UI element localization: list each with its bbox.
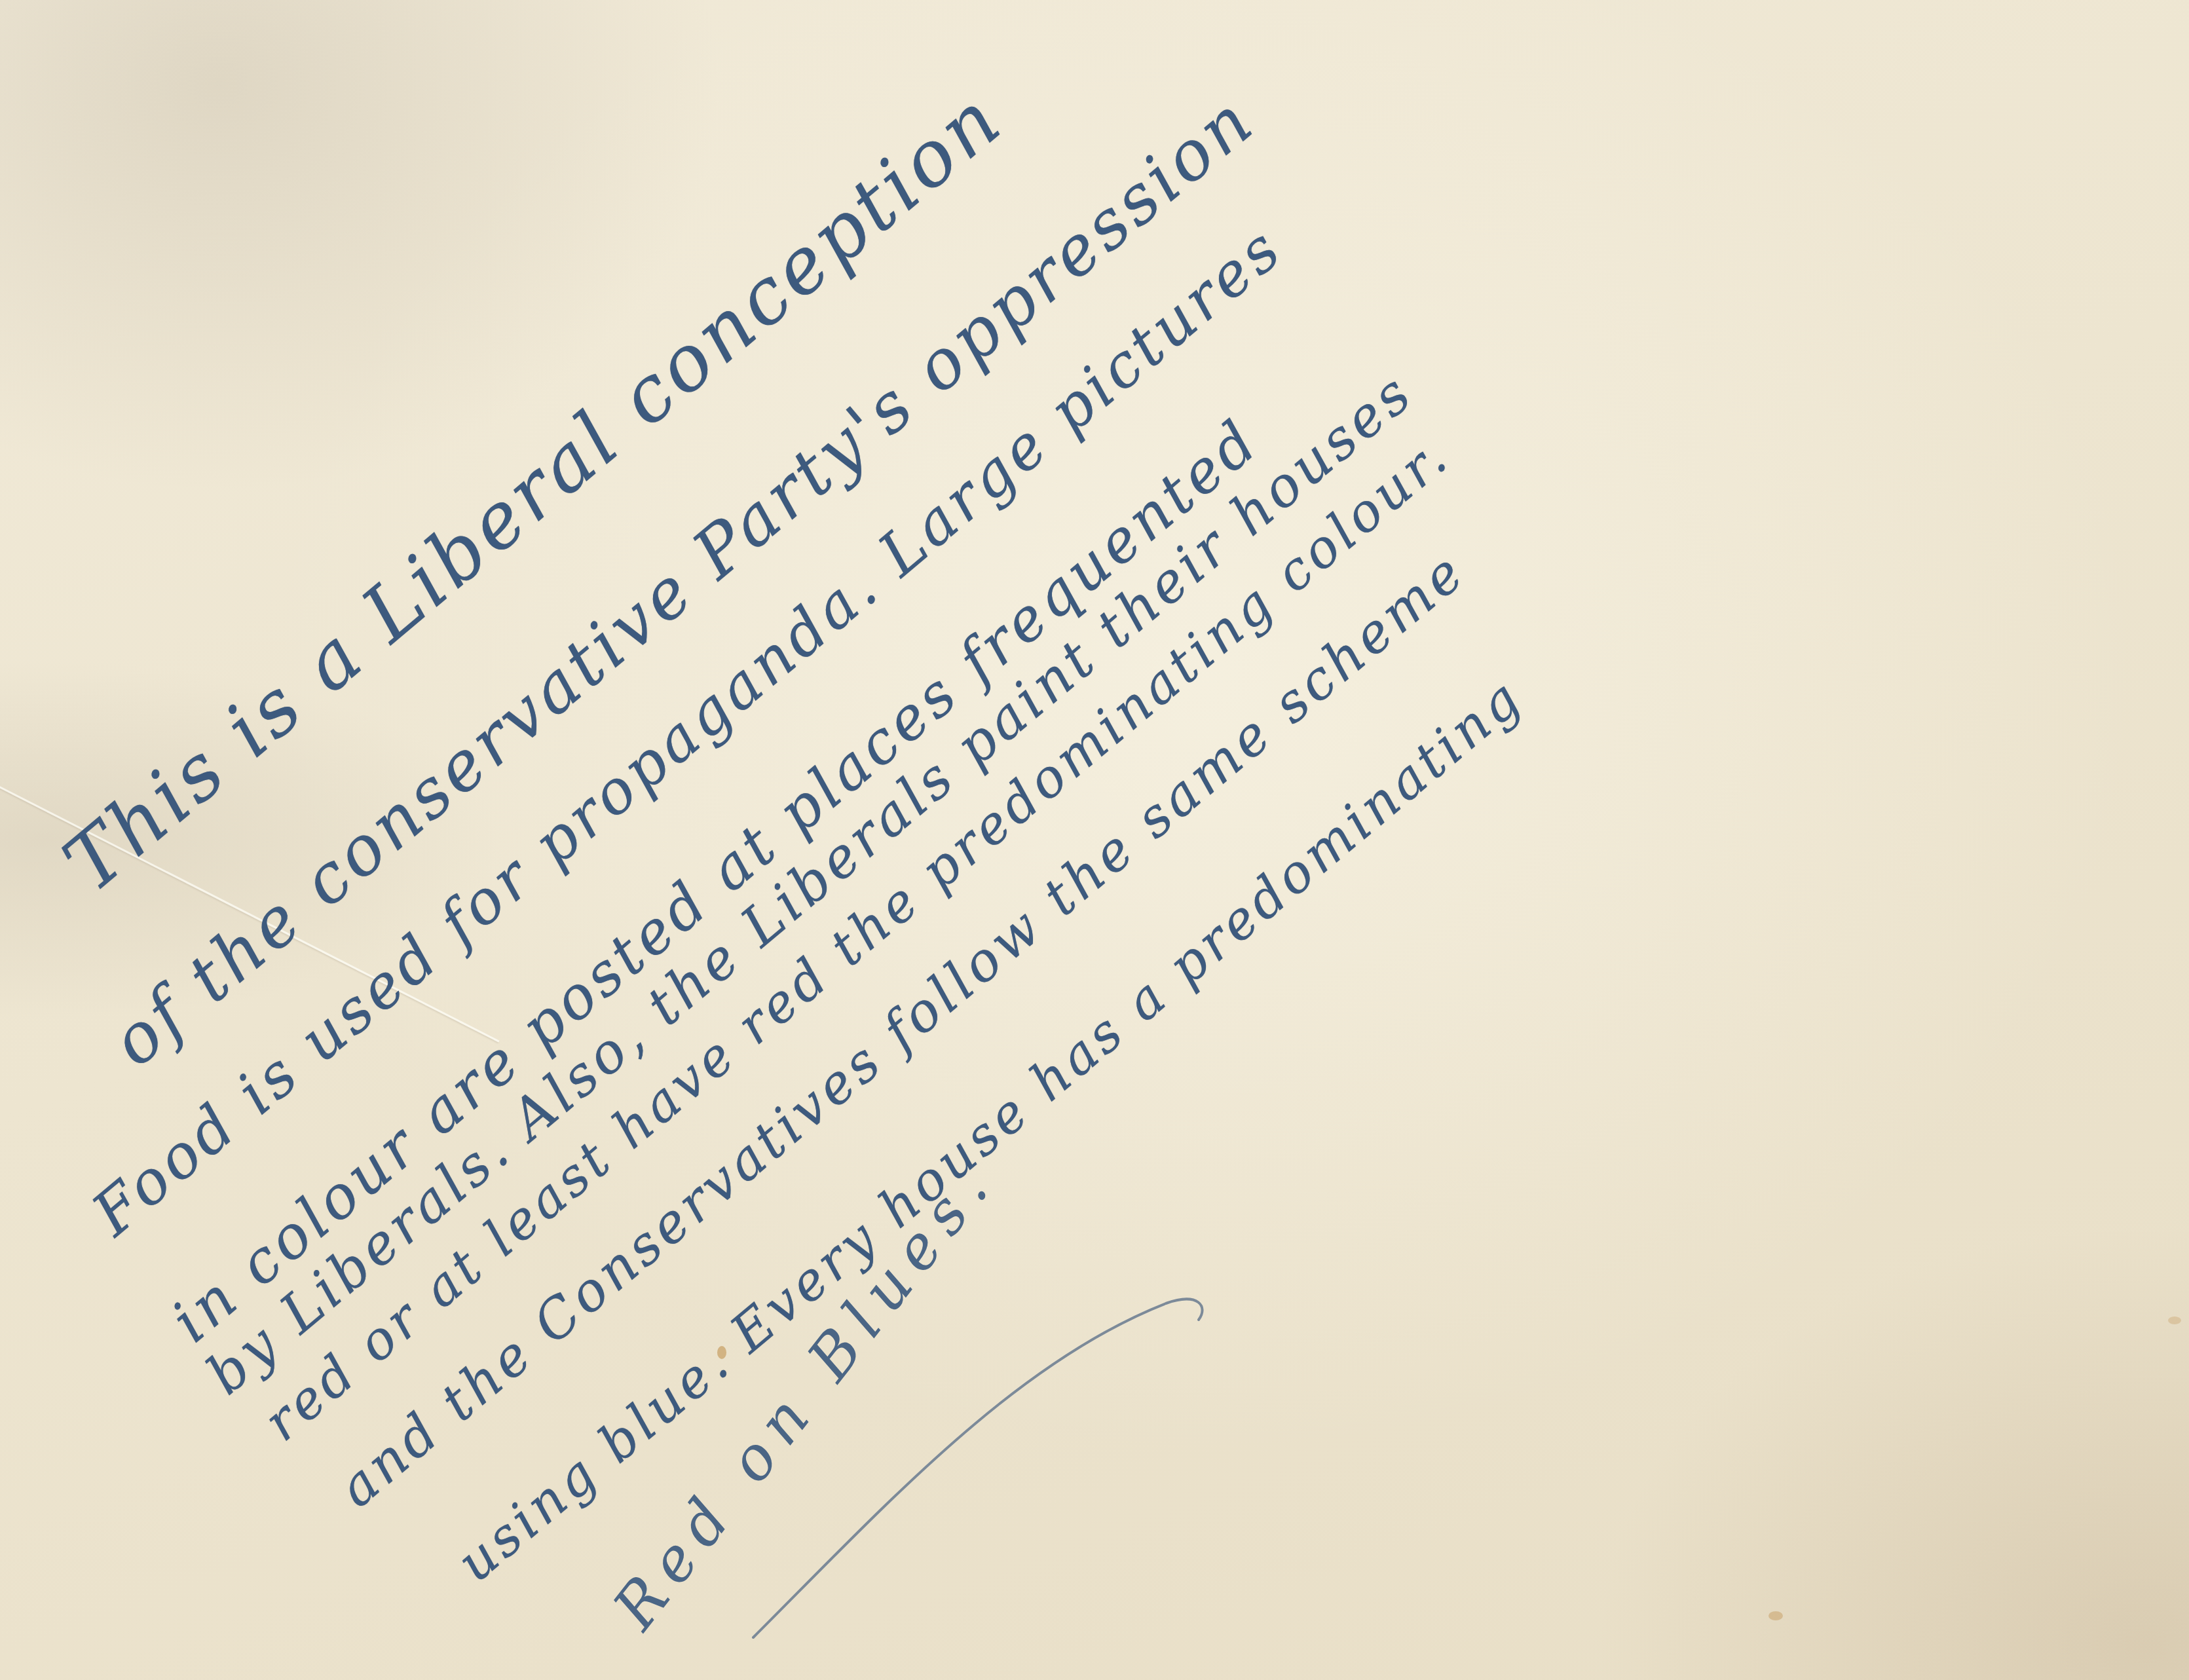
- handwritten-text: This is a Liberal conception of the cons…: [0, 0, 2189, 1680]
- aged-paper-sheet: This is a Liberal conception of the cons…: [0, 0, 2189, 1680]
